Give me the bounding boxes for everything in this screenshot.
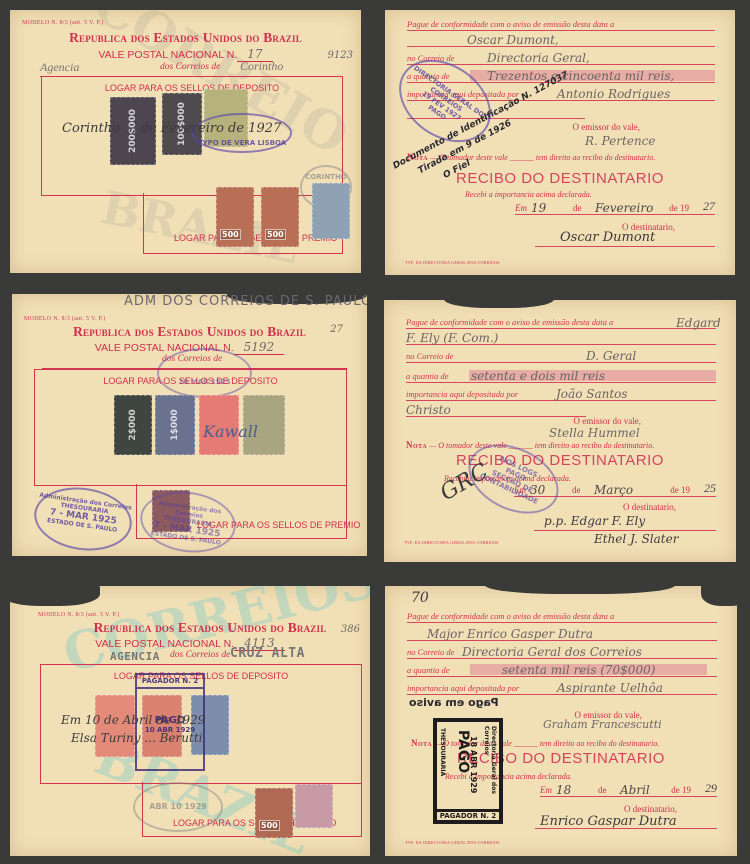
stamp-1000-blue: 1$000 (155, 395, 195, 455)
emissor-signature: R. Pertence (585, 134, 656, 148)
modelo-label: MODELO N. 8/3 (ant. 5 V. P.) (38, 612, 120, 618)
agency-handwritten: Agencia (40, 60, 79, 75)
place-handwritten: Corintho (240, 59, 283, 74)
depositada-line: importancia aqui depositada porAspirante… (407, 682, 717, 695)
republic-title: Republica dos Estados Unidos do Brazil (50, 620, 370, 636)
torn-corner (701, 586, 737, 606)
money-order-front-1: CORREIO BRAZIL MODELO N. 8/3 (ant. 5 V. … (10, 10, 361, 273)
torn-edge (10, 586, 100, 606)
vale-heading: VALE POSTAL NACIONAL N.17 (10, 47, 361, 61)
emissor-label: O emissor do vale, (574, 416, 642, 426)
payee-line: Oscar Dumont, (407, 34, 715, 47)
correio-line: no Correio deDirectoria Geral, (407, 52, 715, 65)
receipt-date: Em18deAbrilde 1929 (540, 784, 717, 797)
circular-postmark: ABR 10 1929 (133, 782, 223, 832)
pagador-black-box-stamp: Directoria Geral dos Correios PAGO 18 AB… (433, 718, 503, 824)
money-order-back-2: Pague de conformidade com o aviso de emi… (384, 300, 736, 562)
modelo-label: MODELO N. 8/3 (ant. 5 V. P.) (24, 316, 106, 322)
printer-imprint: TYP. DA DIRECTORIA GERAL DOS CORREIOS (405, 840, 500, 845)
adm-top-stamp: ADM DOS CORREIOS DE S. PAULO (124, 294, 367, 309)
pague-line: Pague de conformidade com o aviso de emi… (406, 316, 716, 329)
vale-number: 5192 (234, 340, 285, 355)
receipt-date: Em19deFevereirode 1927 (515, 202, 715, 215)
reversed-stamp: Pago em aviso (409, 696, 499, 709)
vale-heading: VALE POSTAL NACIONAL N.4113 (10, 636, 370, 650)
pague-line: Pague de conformidade com o aviso de emi… (407, 610, 717, 623)
destinatario-signature-line (534, 516, 716, 531)
handwritten-signature: Elsa Turiny ... Berutti (71, 731, 202, 745)
money-order-back-3: 70 Pague de conformidade com o aviso de … (385, 586, 737, 856)
handwritten-place-date: Corintho ... de Fevereiro de 1927 (62, 121, 281, 136)
postmark-oval-left: Administração dos CorreiosTHESOURARIA7 -… (30, 481, 136, 556)
deposit-stamp-box: LOGAR PARA OS SELLOS DE DEPOSITO 200$000… (41, 76, 343, 196)
corner-note: 386 (341, 624, 360, 635)
stamp-mauve (295, 784, 333, 828)
agency-stamped: AGENCIA (110, 650, 160, 663)
destinatario-label: O destinatario, (623, 502, 676, 512)
money-order-front-3: CORREIOS BRAZIL MODELO N. 8/3 (ant. 5 V.… (10, 586, 370, 856)
deposit-stamp-box: LOGAR PARA OS SELLOS DE DEPOSITO 2$000 1… (34, 369, 347, 486)
emissor-label: O emissor do vale, (573, 122, 641, 132)
pague-line: Pague de conformidade com o aviso de emi… (407, 18, 715, 31)
nota-text: Nota — O tomador deste vale ______ tem d… (406, 440, 718, 450)
modelo-label: MODELO N. 8/3 (ant. 5 V. P.) (22, 20, 104, 26)
money-order-back-1: Pague de conformidade com o aviso de emi… (385, 10, 735, 275)
destinatario-signature: Oscar Dumont (560, 230, 655, 245)
recibo-title: RECIBO DO DESTINATARIO (384, 452, 736, 469)
quantia-line: a quantia desetenta e dois mil reis (406, 370, 716, 383)
destinatario-label: O destinatario, (624, 804, 677, 814)
correios-label: dos Correios de (170, 650, 230, 660)
torn-edge (485, 586, 675, 594)
money-order-front-2: ADM DOS CORREIOS DE S. PAULO MODELO N. 8… (12, 294, 367, 556)
depositor-cont-line: Christo (406, 404, 586, 417)
emissor-signature: Stella Hummel (549, 426, 640, 440)
correios-line: Agencia dos Correios de Corintho (40, 62, 341, 77)
vale-label: VALE POSTAL NACIONAL N. (98, 49, 237, 61)
handwritten-date-line: Em 10 de Abril de 1929 (61, 713, 205, 727)
place-stamped: CRUZ ALTA (230, 646, 305, 661)
handwritten-signature: Kawall (203, 422, 258, 441)
deposit-box-label: LOGAR PARA OS SELLOS DE DEPOSITO (35, 376, 346, 386)
stamp-500-a: 500 (216, 187, 254, 247)
correio-line: no Correio deDirectoria Geral dos Correi… (407, 646, 717, 659)
emissor-signature: Graham Francescutti (543, 718, 662, 731)
payee-line: Major Enrico Gasper Dutra (407, 628, 717, 641)
stamp-500-b: 500 (261, 187, 299, 247)
recebi-text: Recebi a importancia acima declarada. (465, 190, 592, 199)
corner-note: 27 (330, 324, 343, 335)
deposit-box-label: LOGAR PARA OS SELLOS DE DEPOSITO (42, 83, 342, 93)
deposit-stamp-box: LOGAR PARA OS SELLOS DE DEPOSITO PAGADOR… (40, 664, 362, 784)
premium-stamp-box: LOGAR PARA OS SELLOS DE PREMIO 500 500 (143, 193, 343, 254)
printer-imprint: TYP. DA DIRECTORIA GERAL DOS CORREIOS (404, 540, 499, 545)
stamp-5000-blue (312, 183, 350, 239)
depositada-line: importancia aqui depositada porJoão Sant… (406, 388, 716, 401)
premium-stamp-box: LOGAR PARA OS SELLOS DE PREMIO 500 ABR 1… (142, 782, 362, 837)
destinatario-signature-2: Ethel J. Slater (594, 532, 678, 546)
corner-note: 70 (411, 590, 429, 606)
correio-line: no Correio deD. Geral (406, 350, 716, 363)
stamp-500-brown: 500 (255, 788, 293, 838)
republic-title: Republica dos Estados Unidos do Brazil (10, 30, 361, 46)
correios-line: AGENCIA dos Correios de CRUZ ALTA (50, 650, 350, 665)
printer-imprint: TYP. DA DIRECTORIA GERAL DOS CORREIOS (405, 260, 500, 265)
payee-line: F. Ely (F. Com.) (406, 332, 716, 345)
republic-title: Republica dos Estados Unidos do Brazil (12, 324, 367, 340)
torn-edge (444, 300, 554, 308)
destinatario-signature: Enrico Gaspar Dutra (540, 814, 677, 829)
correios-label: dos Correios de (160, 62, 220, 72)
stamp-2000-dark: 2$000 (114, 395, 152, 455)
quantia-line: a quantia desetenta mil reis (70$000) (407, 664, 717, 677)
